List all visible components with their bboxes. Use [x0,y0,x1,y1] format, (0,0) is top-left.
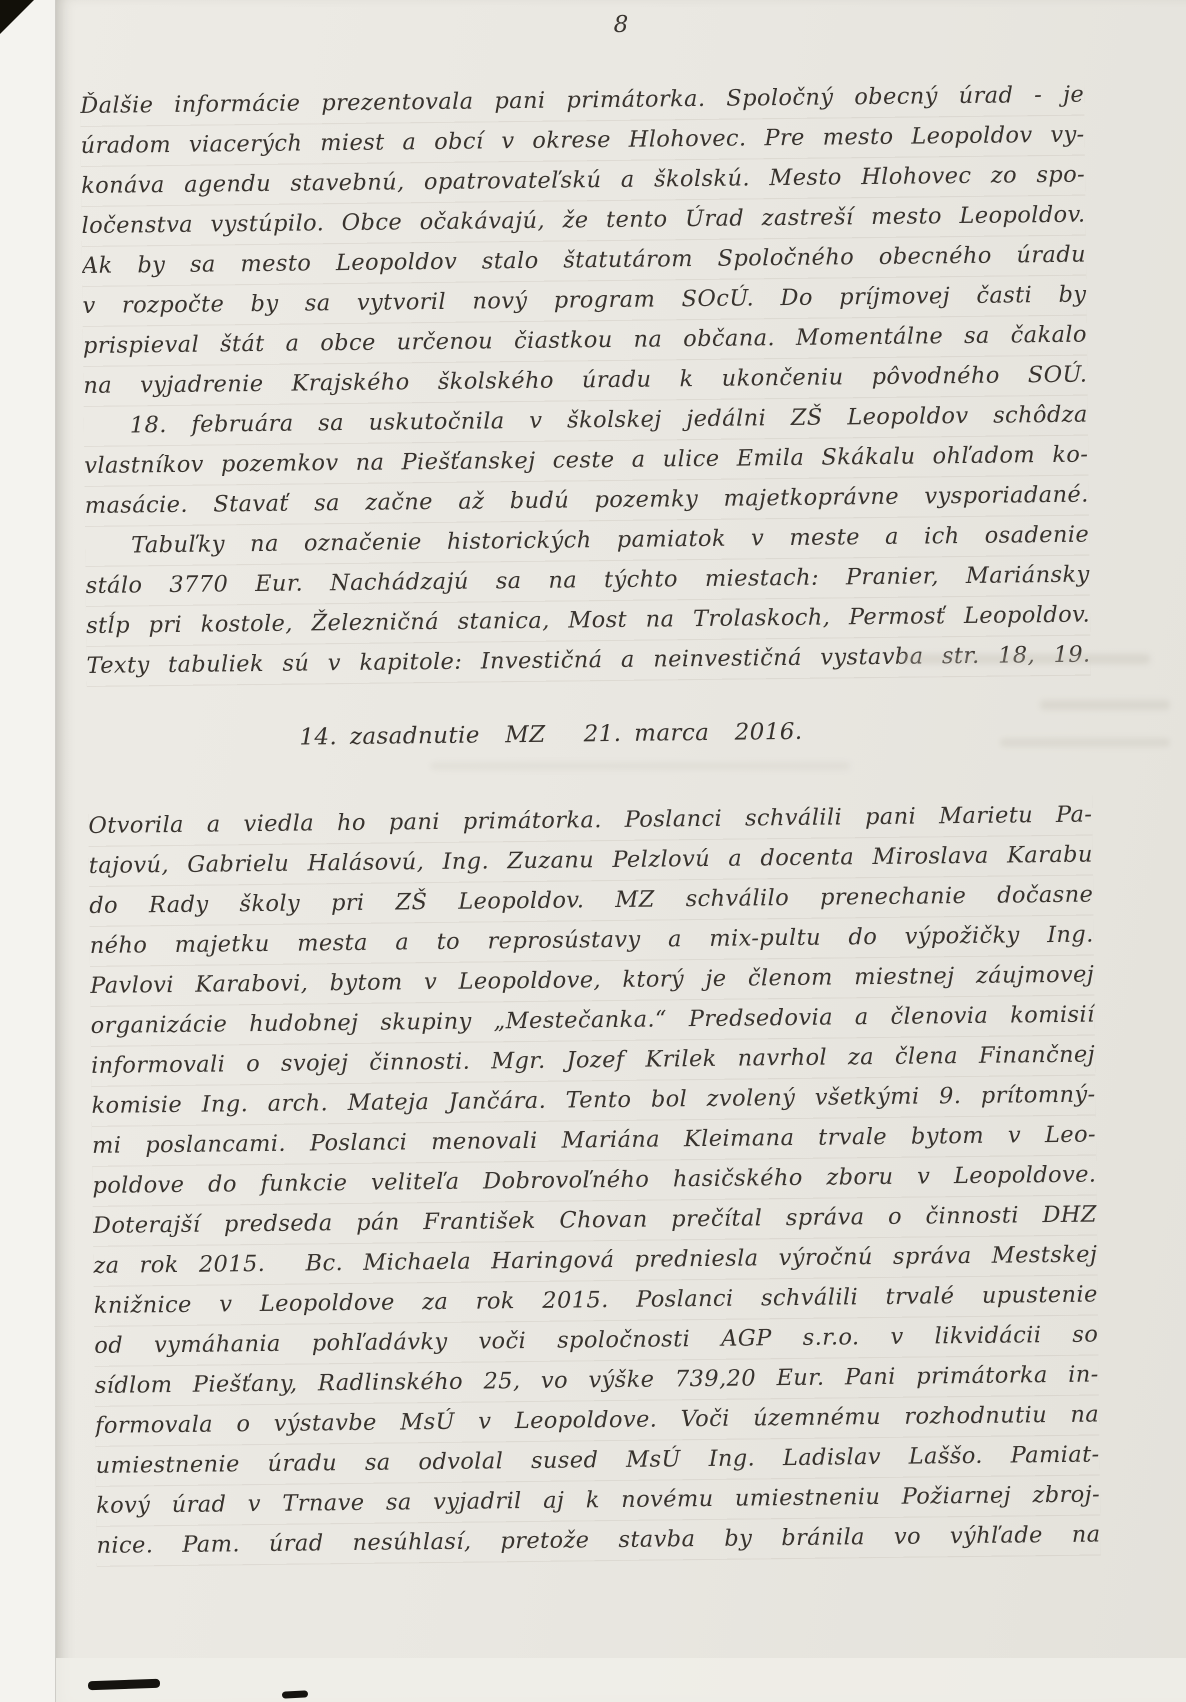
paragraph-session-14-minutes: Otvorila a viedla ho pani primátorka. Po… [88,795,1101,1566]
session-14-heading: 14. zasadnutie MZ 21. marca 2016. [299,709,1091,758]
page-number: 8 [56,12,1186,38]
paragraph-joint-municipal-office: Ďalšie informácie prezentovala pani prim… [80,75,1088,406]
notebook-page: 8 Ďalšie informácie prezentovala pani pr… [56,0,1186,1702]
bleed-through-artifact [900,654,1150,664]
bleed-through-artifact [430,762,850,770]
scan-bottom-band [56,1658,1186,1702]
paragraph-landowners-meeting: 18. februára sa uskutočnila v školskej j… [84,395,1089,526]
handwritten-text-block: Ďalšie informácie prezentovala pani prim… [80,75,1101,1566]
bleed-through-artifact [1040,700,1170,710]
scan-corner-artifact [0,0,34,34]
scan-bottom-mark [282,1690,308,1698]
bleed-through-artifact [1000,738,1170,747]
